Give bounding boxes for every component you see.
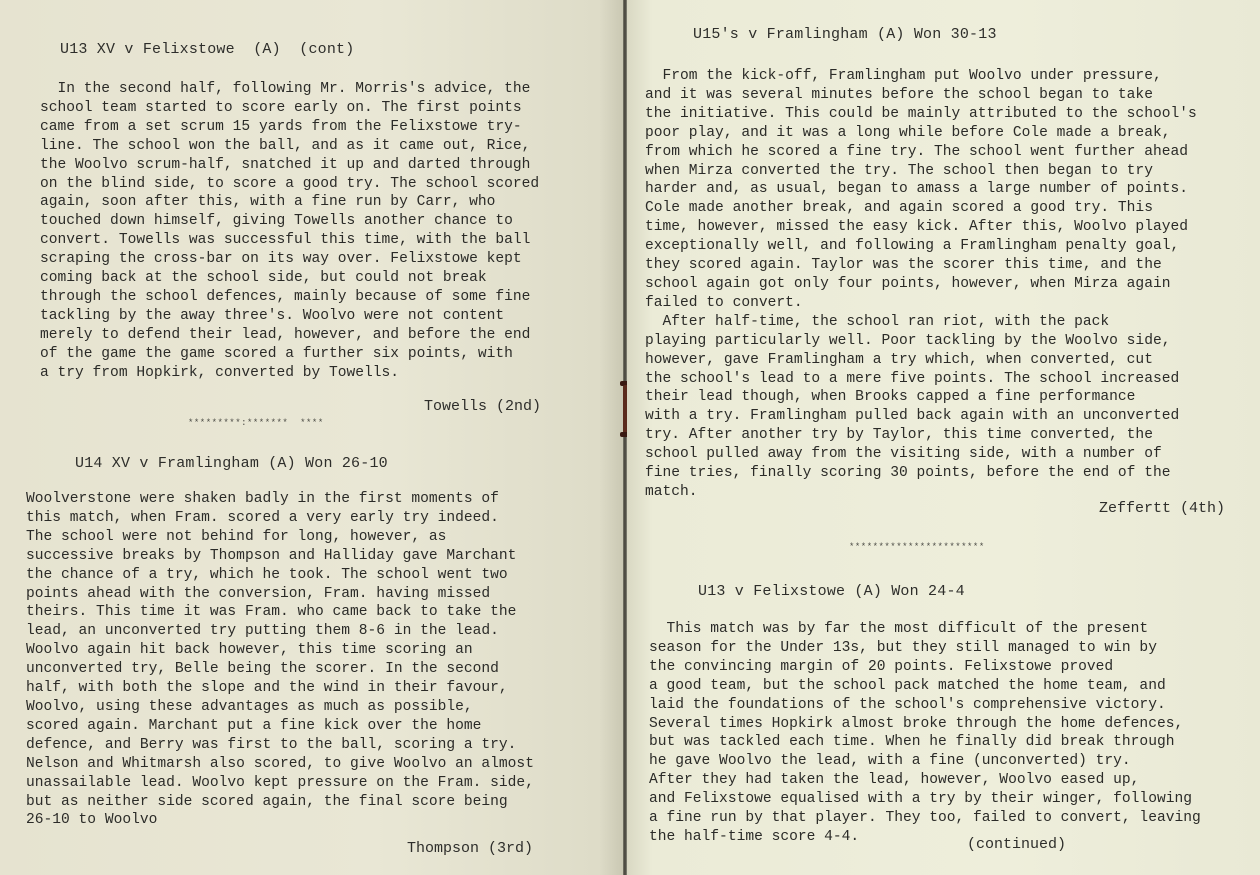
text-line: This match was by far the most difficult… bbox=[649, 620, 1201, 639]
text-line: but as neither side scored again, the fi… bbox=[26, 793, 534, 812]
text-line: the convincing margin of 20 points. Feli… bbox=[649, 658, 1201, 677]
text-line: on the blind side, to score a good try. … bbox=[40, 175, 539, 194]
text-line: convert. Towells was successful this tim… bbox=[40, 231, 539, 250]
text-line: merely to defend their lead, however, an… bbox=[40, 326, 539, 345]
article-heading: U13 v Felixstowe (A) Won 24-4 bbox=[698, 583, 965, 600]
text-line: playing particularly well. Poor tackling… bbox=[645, 332, 1197, 351]
text-line: theirs. This time it was Fram. who came … bbox=[26, 603, 534, 622]
text-line: unconverted try, Belle being the scorer.… bbox=[26, 660, 534, 679]
text-line: fine tries, finally scoring 30 points, b… bbox=[645, 464, 1197, 483]
section-divider: *********:******* **** bbox=[188, 418, 324, 428]
text-line: the school's lead to a mere five points.… bbox=[645, 370, 1197, 389]
text-line: season for the Under 13s, but they still… bbox=[649, 639, 1201, 658]
text-line: again, soon after this, with a fine run … bbox=[40, 193, 539, 212]
article-body: From the kick-off, Framlingham put Woolv… bbox=[645, 67, 1197, 502]
text-line: scraping the cross-bar on its way over. … bbox=[40, 250, 539, 269]
text-line: defence, and Berry was first to the ball… bbox=[26, 736, 534, 755]
text-line: came from a set scrum 15 yards from the … bbox=[40, 118, 539, 137]
right-page: U15's v Framlingham (A) Won 30-13 From t… bbox=[627, 0, 1260, 875]
continued-label: (continued) bbox=[967, 836, 1066, 853]
text-line: The school were not behind for long, how… bbox=[26, 528, 534, 547]
text-line: a good team, but the school pack matched… bbox=[649, 677, 1201, 696]
text-line: scored again. Marchant put a fine kick o… bbox=[26, 717, 534, 736]
text-line: lead, an unconverted try putting them 8-… bbox=[26, 622, 534, 641]
text-line: Several times Hopkirk almost broke throu… bbox=[649, 715, 1201, 734]
text-line: their lead though, when Brooks capped a … bbox=[645, 388, 1197, 407]
text-line: and Felixstowe equalised with a try by t… bbox=[649, 790, 1201, 809]
text-line: school again got only four points, howev… bbox=[645, 275, 1197, 294]
article-author: Thompson (3rd) bbox=[407, 840, 533, 857]
article-body: This match was by far the most difficult… bbox=[649, 620, 1201, 847]
article-heading: U15's v Framlingham (A) Won 30-13 bbox=[693, 26, 997, 43]
text-line: harder and, as usual, began to amass a l… bbox=[645, 180, 1197, 199]
article-heading: U13 XV v Felixstowe (A) (cont) bbox=[60, 41, 354, 58]
article-author: Towells (2nd) bbox=[424, 398, 541, 415]
text-line: school pulled away from the visiting sid… bbox=[645, 445, 1197, 464]
text-line: 26-10 to Woolvo bbox=[26, 811, 534, 830]
text-line: exceptionally well, and following a Fram… bbox=[645, 237, 1197, 256]
text-line: a fine run by that player. They too, fai… bbox=[649, 809, 1201, 828]
text-line: the Woolvo scrum-half, snatched it up an… bbox=[40, 156, 539, 175]
text-line: this match, when Fram. scored a very ear… bbox=[26, 509, 534, 528]
text-line: match. bbox=[645, 483, 1197, 502]
text-line: Woolverstone were shaken badly in the fi… bbox=[26, 490, 534, 509]
text-line: In the second half, following Mr. Morris… bbox=[40, 80, 539, 99]
text-line: After they had taken the lead, however, … bbox=[649, 771, 1201, 790]
text-line: and it was several minutes before the sc… bbox=[645, 86, 1197, 105]
text-line: unassailable lead. Woolvo kept pressure … bbox=[26, 774, 534, 793]
text-line: the half-time score 4-4. bbox=[649, 828, 1201, 847]
text-line: they scored again. Taylor was the scorer… bbox=[645, 256, 1197, 275]
text-line: but was tackled each time. When he final… bbox=[649, 733, 1201, 752]
text-line: when Mirza converted the try. The school… bbox=[645, 162, 1197, 181]
article-heading: U14 XV v Framlingham (A) Won 26-10 bbox=[75, 455, 388, 472]
text-line: with a try. Framlingham pulled back agai… bbox=[645, 407, 1197, 426]
article-body: In the second half, following Mr. Morris… bbox=[40, 80, 539, 383]
text-line: Cole made another break, and again score… bbox=[645, 199, 1197, 218]
text-line: time, however, missed the easy kick. Aft… bbox=[645, 218, 1197, 237]
text-line: through the school defences, mainly beca… bbox=[40, 288, 539, 307]
text-line: try. After another try by Taylor, this t… bbox=[645, 426, 1197, 445]
text-line: poor play, and it was a long while befor… bbox=[645, 124, 1197, 143]
text-line: Nelson and Whitmarsh also scored, to giv… bbox=[26, 755, 534, 774]
text-line: the initiative. This could be mainly att… bbox=[645, 105, 1197, 124]
text-line: line. The school won the ball, and as it… bbox=[40, 137, 539, 156]
text-line: he gave Woolvo the lead, with a fine (un… bbox=[649, 752, 1201, 771]
text-line: a try from Hopkirk, converted by Towells… bbox=[40, 364, 539, 383]
text-line: of the game the game scored a further si… bbox=[40, 345, 539, 364]
section-divider: *********************** bbox=[849, 542, 985, 552]
text-line: failed to convert. bbox=[645, 294, 1197, 313]
text-line: Woolvo, using these advantages as much a… bbox=[26, 698, 534, 717]
text-line: tackling by the away three's. Woolvo wer… bbox=[40, 307, 539, 326]
text-line: After half-time, the school ran riot, wi… bbox=[645, 313, 1197, 332]
text-line: Woolvo again hit back however, this time… bbox=[26, 641, 534, 660]
text-line: half, with both the slope and the wind i… bbox=[26, 679, 534, 698]
text-line: school team started to score early on. T… bbox=[40, 99, 539, 118]
text-line: points ahead with the conversion, Fram. … bbox=[26, 585, 534, 604]
text-line: however, gave Framlingham a try which, w… bbox=[645, 351, 1197, 370]
article-body: Woolverstone were shaken badly in the fi… bbox=[26, 490, 534, 830]
text-line: successive breaks by Thompson and Hallid… bbox=[26, 547, 534, 566]
text-line: the chance of a try, which he took. The … bbox=[26, 566, 534, 585]
article-author: Zeffertt (4th) bbox=[1099, 500, 1225, 517]
text-line: from which he scored a fine try. The sch… bbox=[645, 143, 1197, 162]
left-page: U13 XV v Felixstowe (A) (cont) In the se… bbox=[0, 0, 624, 875]
text-line: From the kick-off, Framlingham put Woolv… bbox=[645, 67, 1197, 86]
text-line: laid the foundations of the school's com… bbox=[649, 696, 1201, 715]
text-line: touched down himself, giving Towells ano… bbox=[40, 212, 539, 231]
text-line: coming back at the school side, but coul… bbox=[40, 269, 539, 288]
